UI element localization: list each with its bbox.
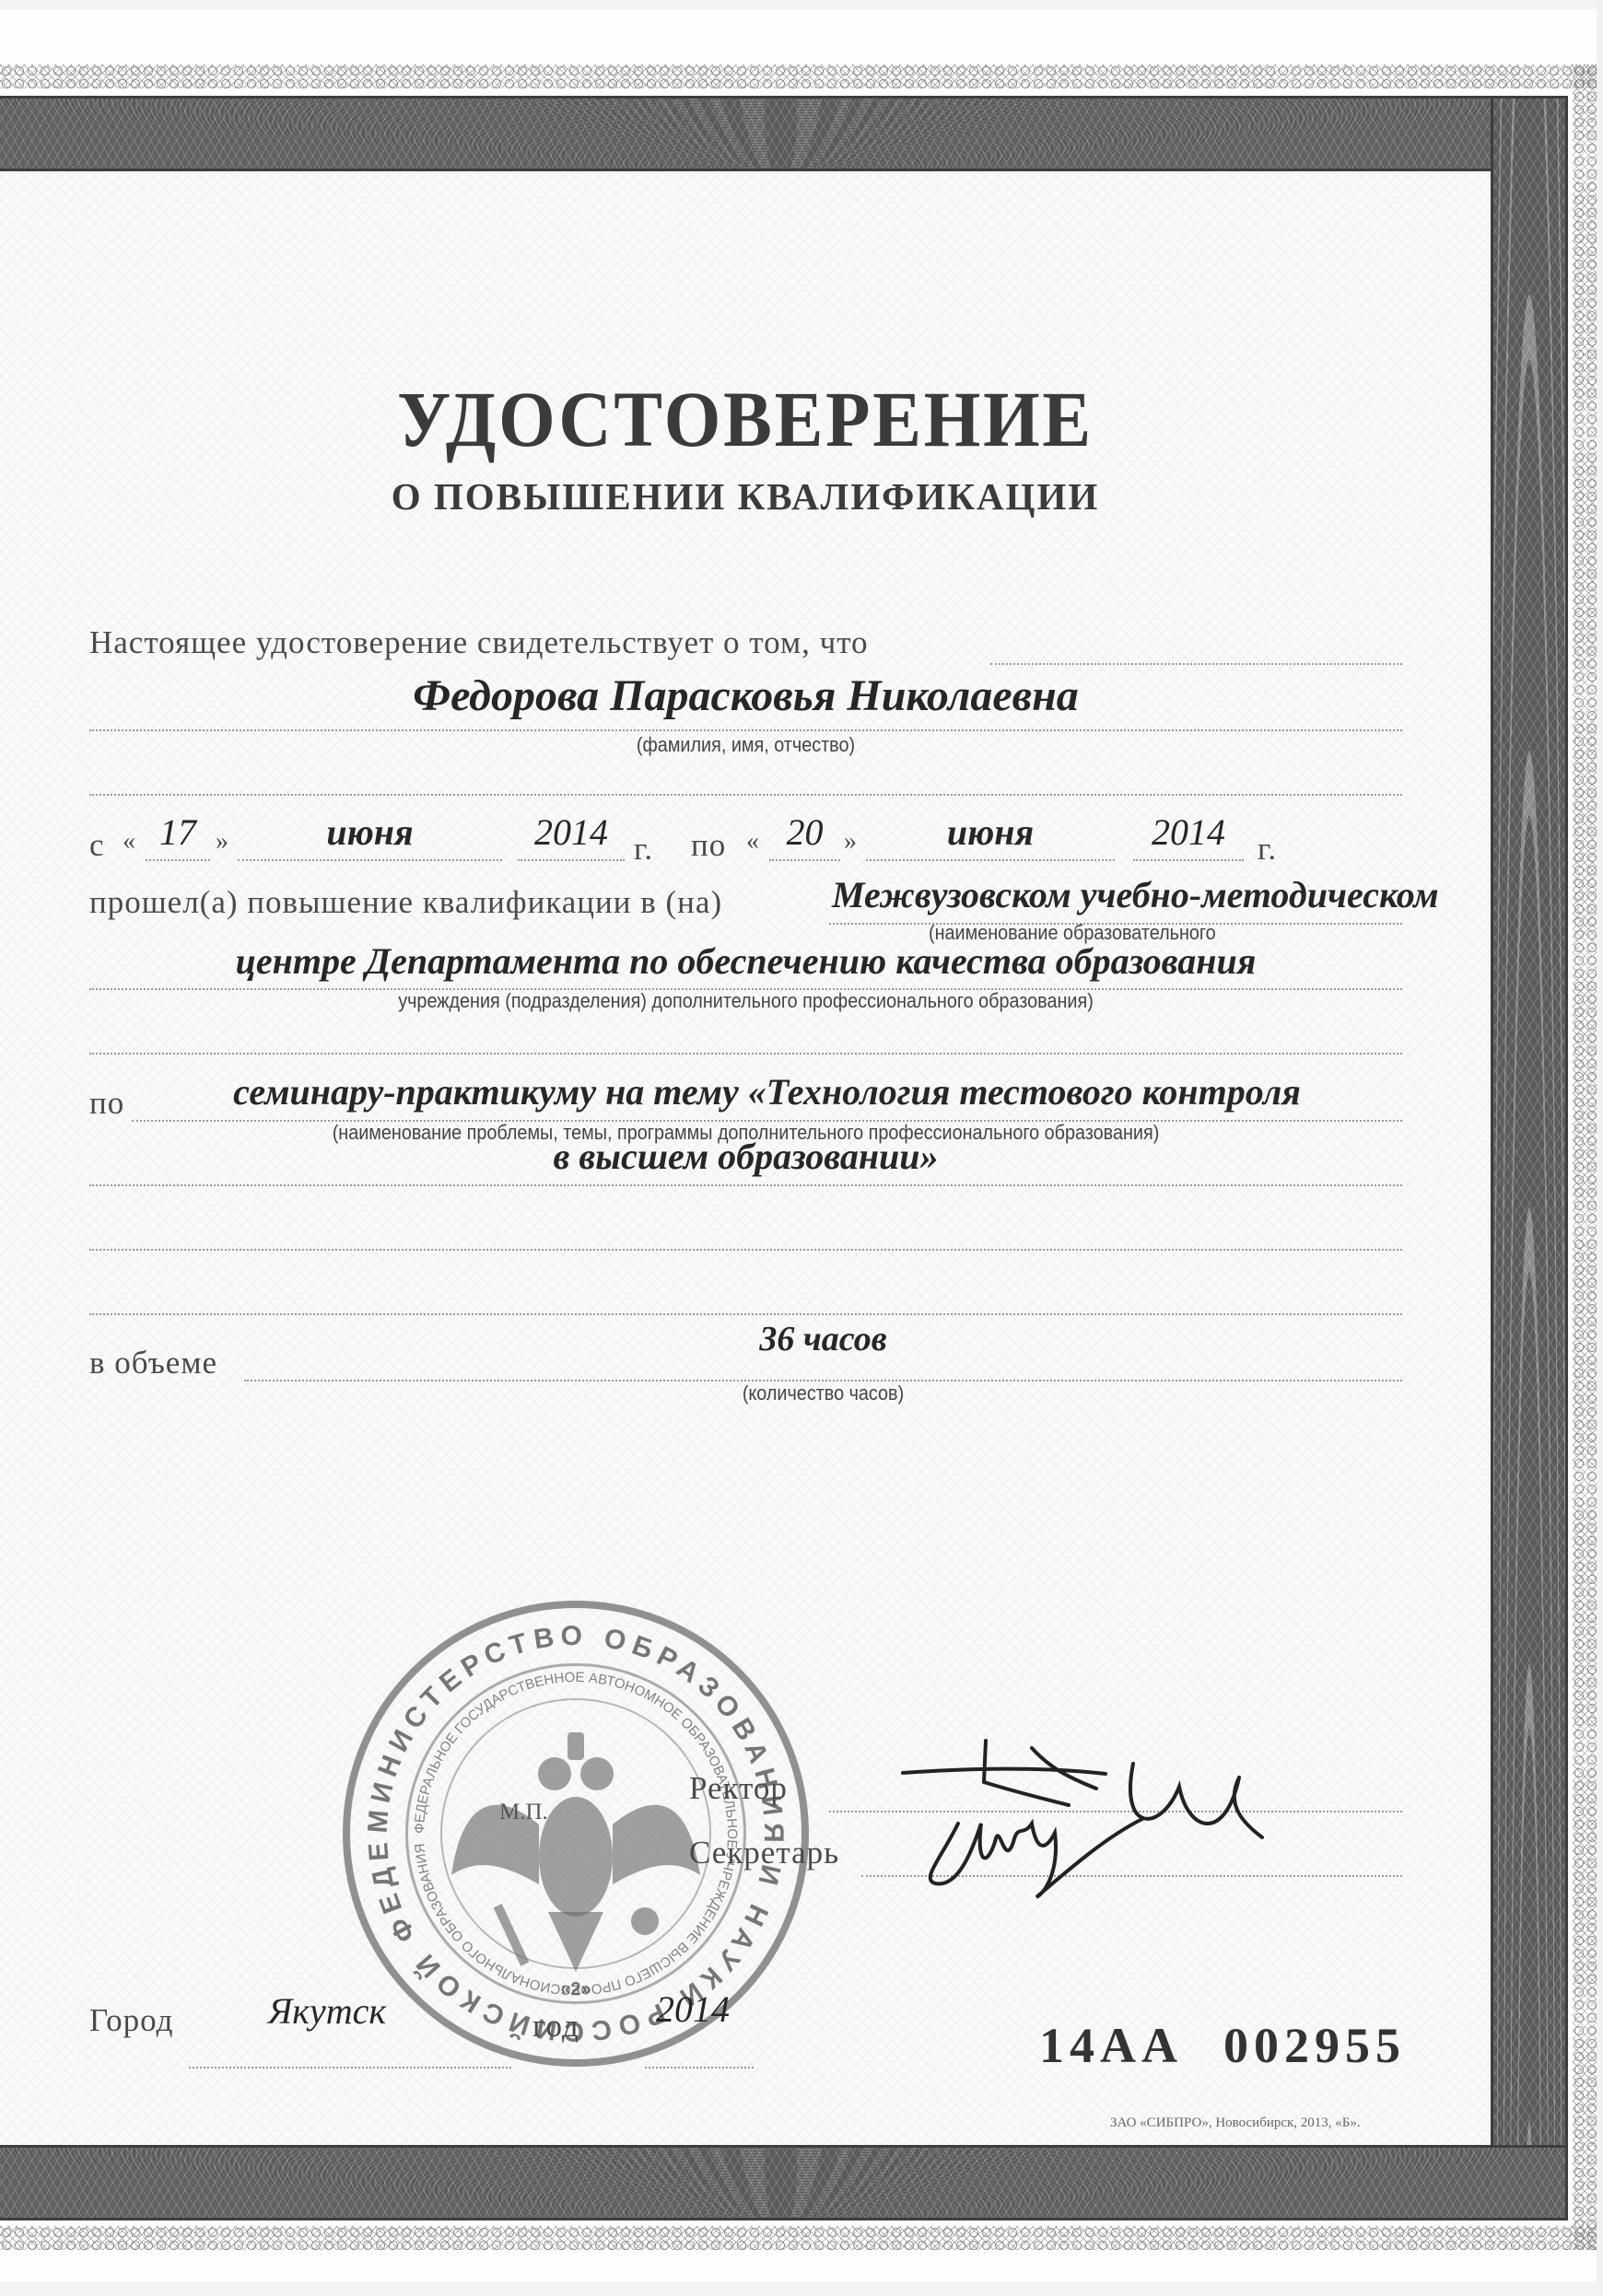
date-to-year: 2014 (1133, 810, 1244, 854)
rule-line (146, 859, 210, 861)
rule-line (89, 1313, 1402, 1315)
page-edge (1597, 0, 1603, 2296)
year-suffix: г. (634, 831, 653, 868)
date-from-year: 2014 (518, 810, 625, 854)
open-quote: « (746, 827, 760, 857)
rule-line (189, 2067, 511, 2069)
rule-line (89, 729, 1402, 731)
rule-line (645, 2067, 754, 2069)
close-quote: » (216, 827, 229, 857)
volume-value: 36 часов (244, 1319, 1402, 1359)
lace-border-top (0, 64, 1597, 88)
serial-series: 14АА (1039, 2017, 1183, 2074)
institution-hint2: учреждения (подразделения) дополнительно… (155, 989, 1337, 1013)
city-label: Город (89, 2002, 173, 2039)
year-suffix: г. (1258, 831, 1277, 868)
full-name: Федорова Парасковья Николаевна (89, 670, 1402, 721)
rector-label: Ректор (689, 1770, 788, 1807)
printer-imprint: ЗАО «СИБПРО», Новосибирск, 2013, «Б». (1110, 2115, 1361, 2131)
seal-number: «2» (560, 1979, 591, 1999)
certificate-subtitle: О ПОВЫШЕНИИ КВАЛИФИКАЦИИ (0, 474, 1491, 519)
guilloche-border-top (0, 96, 1568, 171)
secretary-label: Секретарь (689, 1835, 839, 1871)
year-value: 2014 (656, 1987, 730, 2031)
rule-line (89, 794, 1402, 796)
date-from-prefix: с (89, 827, 105, 864)
date-from-month: июня (238, 810, 502, 854)
institution-label: прошел(а) повышение квалификации в (на) (89, 884, 722, 921)
rule-line (89, 1249, 1402, 1251)
rule-line (990, 663, 1402, 665)
program-label: по (89, 1085, 124, 1122)
full-name-hint: (фамилия, имя, отчество) (155, 733, 1337, 757)
institution-line2: центре Департамента по обеспечению качес… (89, 939, 1402, 983)
lace-border-right (1573, 64, 1597, 2250)
serial-number: 002955 (1223, 2017, 1406, 2074)
city-value: Якутск (189, 1989, 465, 2033)
page-edge (0, 0, 1603, 9)
institution-line1: Межвузовском учебно-методическом (832, 873, 1439, 916)
rule-line (518, 859, 625, 861)
seal-placeholder-label: М.П. (499, 1800, 548, 1825)
rule-line (769, 859, 840, 861)
date-to-month: июня (866, 810, 1115, 854)
certificate-title: УДОСТОВЕРЕНИЕ (60, 373, 1432, 465)
close-quote: » (844, 827, 858, 857)
lace-border-bottom (0, 2226, 1597, 2250)
date-to-day: 20 (769, 810, 840, 854)
date-to-prefix: по (691, 827, 726, 864)
rector-signature-icon (884, 1731, 1271, 1916)
rule-line (1133, 859, 1244, 861)
open-quote: « (123, 827, 136, 857)
rule-line (866, 859, 1115, 861)
program-line1: семинару-практикуму на тему «Технология … (132, 1070, 1402, 1113)
rule-line (89, 1184, 1402, 1186)
intro-text: Настоящее удостоверение свидетельствует … (89, 624, 869, 661)
rule-line (89, 1053, 1402, 1055)
year-label: год (532, 2008, 579, 2045)
volume-label: в объеме (89, 1345, 217, 1381)
volume-hint: (количество часов) (302, 1381, 1344, 1405)
date-from-day: 17 (146, 810, 210, 854)
program-line2: в высшем образовании» (89, 1135, 1402, 1178)
guilloche-border-bottom (0, 2145, 1568, 2220)
rule-line (238, 859, 502, 861)
page-edge (0, 2282, 1603, 2296)
guilloche-border-right (1491, 96, 1568, 2220)
